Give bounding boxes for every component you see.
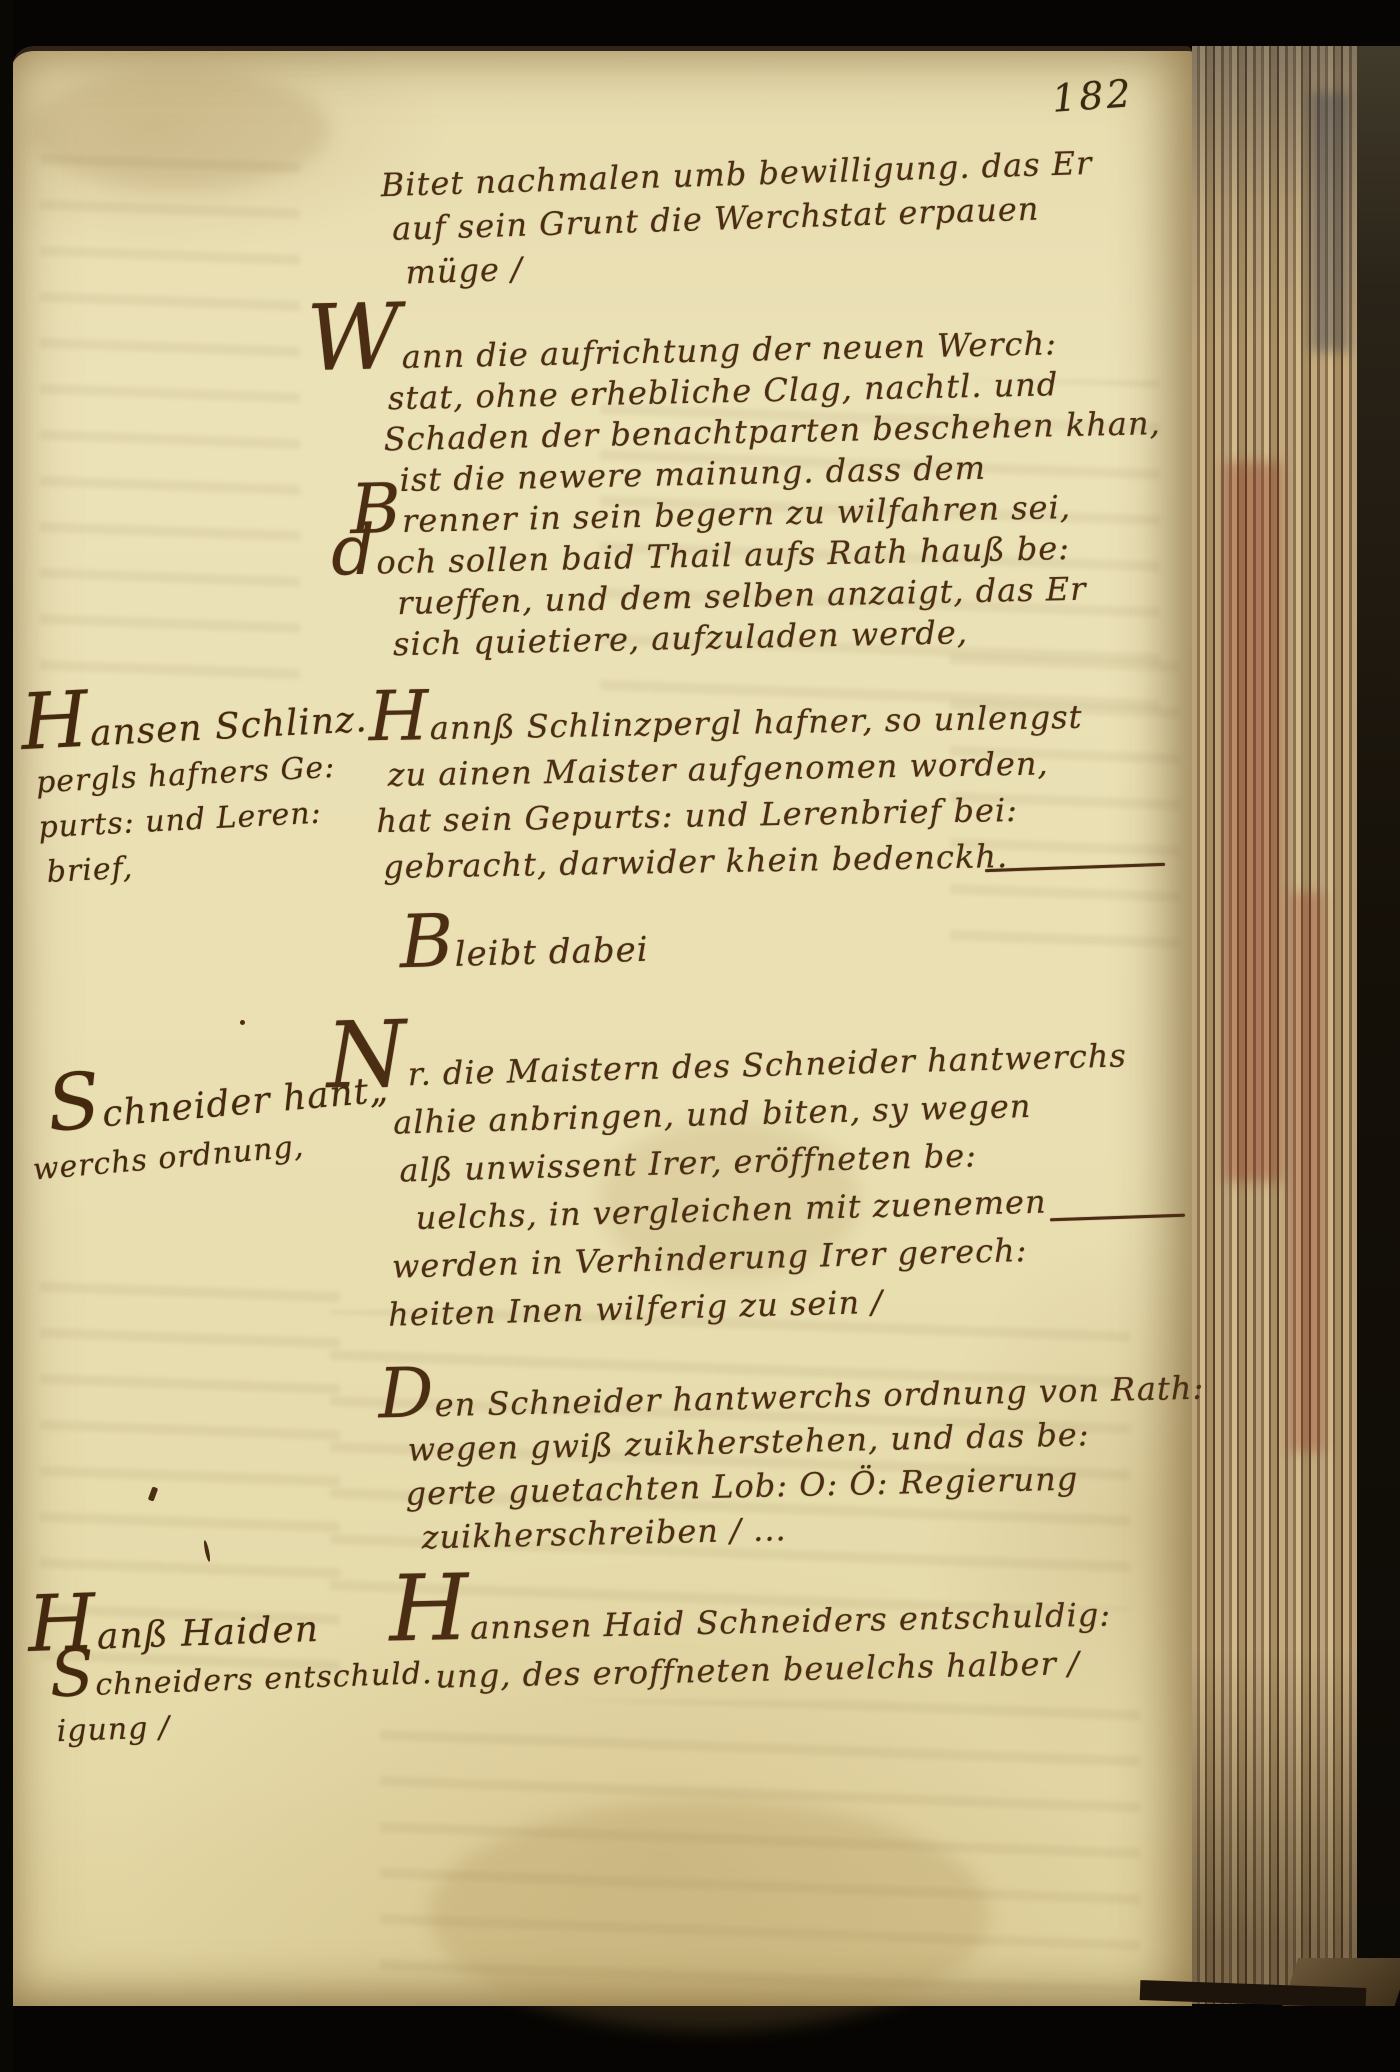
red-edge-smudge: [1290, 892, 1324, 1452]
scan-background-top: [0, 0, 1400, 46]
manuscript-line: Bleibt dabei: [399, 927, 649, 979]
margin-note-schlinzpergl: Hansen Schlinz. pergls hafners Ge: purts…: [20, 696, 375, 896]
manuscript-scan: 182 Bitet nachmalen umb bewilligung. das…: [0, 0, 1400, 2072]
red-edge-smudge: [1224, 462, 1282, 1182]
book-fore-edge: [1192, 32, 1357, 2004]
book-cover-edge: [1357, 0, 1400, 2072]
text-block-petition-note: Bitet nachmalen umb bewilligung. das Er …: [380, 141, 1096, 295]
text-block-schneider-resolution: Den Schneider hantwerchs ordnung von Rat…: [378, 1366, 1208, 1561]
scan-background-left: [0, 0, 13, 2072]
text-block-haiden: Hannsen Haid Schneiders entschuldig: ung…: [389, 1590, 1112, 1701]
paper-stain: [30, 70, 330, 190]
ink-speck: [240, 1020, 245, 1025]
text-block-bleibt-dabei: Bleibt dabei: [399, 927, 649, 979]
margin-note-haiden: Hanß Haiden Schneiders entschuld. igung …: [28, 1601, 435, 1755]
text-block-schneider-petition: Nr. die Maistern des Schneider hantwerch…: [311, 1031, 1133, 1340]
text-block-schlinzpergl: Hannß Schlinzpergl hafner, so unlengst z…: [368, 694, 1085, 890]
ink-showthrough: [40, 130, 300, 690]
dark-edge-smudge: [1310, 92, 1350, 352]
folio-number: 182: [1051, 71, 1135, 121]
paper-stain: [430, 1800, 990, 2030]
text-block-council-resolution: Wann die aufrichtung der neuen Werch: st…: [307, 321, 1166, 667]
